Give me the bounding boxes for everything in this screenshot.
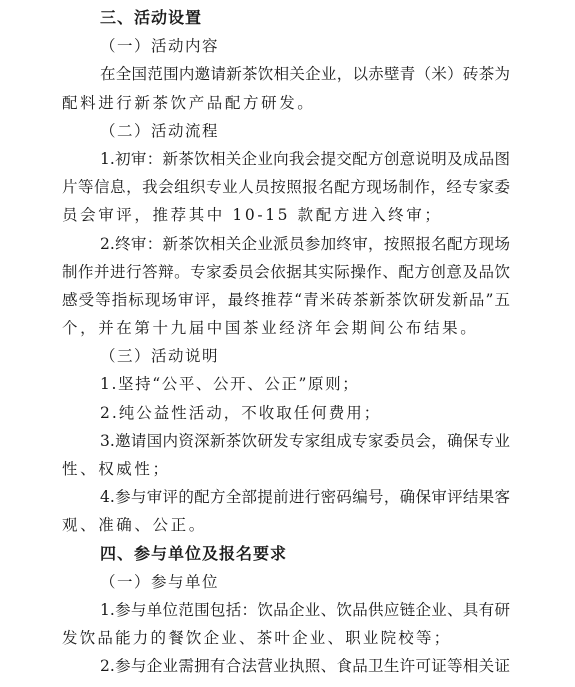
- paragraph-line: 感受等指标现场审评，最终推荐“青米砖茶新茶饮研发新品”五: [62, 286, 510, 314]
- paragraph-line: 在全国范围内邀请新茶饮相关企业，以赤壁青（米）砖茶为: [62, 60, 510, 88]
- paragraph-line: 配料进行新茶饮产品配方研发。: [62, 89, 510, 117]
- paragraph-line: 1.坚持“公平、公开、公正”原则；: [62, 370, 510, 398]
- paragraph-line: 2.纯公益性活动，不收取任何费用；: [62, 399, 510, 427]
- subsection-activity-notes-title: （三）活动说明: [62, 342, 510, 370]
- paragraph-line: 1.参与单位范围包括：饮品企业、饮品供应链企业、具有研: [62, 596, 510, 624]
- paragraph-line: 4.参与审评的配方全部提前进行密码编号，确保审评结果客: [62, 483, 510, 511]
- subsection-activity-content-title: （一）活动内容: [62, 32, 510, 60]
- paragraph-line: 片等信息，我会组织专业人员按照报名配方现场制作，经专家委: [62, 173, 510, 201]
- section-4-heading: 四、参与单位及报名要求: [62, 540, 510, 568]
- paragraph-line: 2.参与企业需拥有合法营业执照、食品卫生许可证等相关证: [62, 652, 510, 680]
- paragraph-line: 3.邀请国内资深新茶饮研发专家组成专家委员会，确保专业: [62, 427, 510, 455]
- subsection-activity-process-title: （二）活动流程: [62, 117, 510, 145]
- paragraph-line: 2.终审：新茶饮相关企业派员参加终审，按照报名配方现场: [62, 230, 510, 258]
- paragraph-line: 观、准确、公正。: [62, 511, 510, 539]
- paragraph-line: 性、权威性；: [62, 455, 510, 483]
- paragraph-line: 制作并进行答辩。专家委员会依据其实际操作、配方创意及品饮: [62, 258, 510, 286]
- paragraph-line: 发饮品能力的餐饮企业、茶叶企业、职业院校等；: [62, 624, 510, 652]
- section-3-heading: 三、活动设置: [62, 4, 510, 32]
- document-page: 三、活动设置 （一）活动内容 在全国范围内邀请新茶饮相关企业，以赤壁青（米）砖茶…: [62, 4, 510, 681]
- paragraph-line: 个，并在第十九届中国茶业经济年会期间公布结果。: [62, 314, 510, 342]
- subsection-participants-title: （一）参与单位: [62, 568, 510, 596]
- paragraph-line: 1.初审：新茶饮相关企业向我会提交配方创意说明及成品图: [62, 145, 510, 173]
- paragraph-line: 员会审评，推荐其中 10-15 款配方进入终审；: [62, 201, 510, 229]
